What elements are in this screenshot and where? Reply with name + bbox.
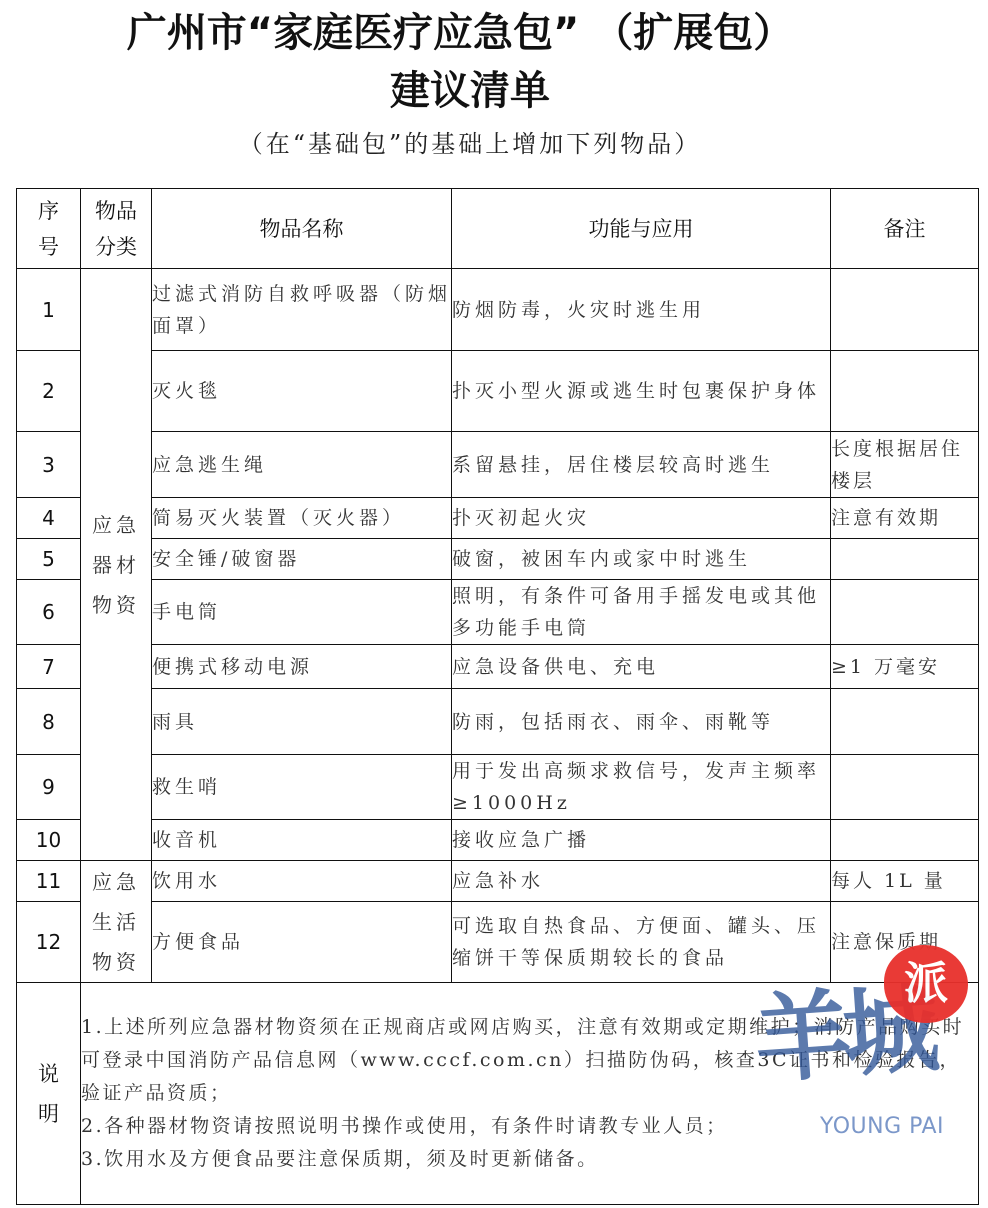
item-function: 应急设备供电、充电 (452, 645, 831, 689)
item-name: 方便食品 (152, 902, 452, 983)
col-header-remark: 备注 (831, 189, 979, 269)
row-seq: 4 (17, 498, 81, 539)
row-seq: 5 (17, 539, 81, 580)
item-remark (831, 755, 979, 820)
row-seq: 2 (17, 351, 81, 432)
col-header-name: 物品名称 (152, 189, 452, 269)
item-remark (831, 351, 979, 432)
col-header-category: 物品分类 (81, 189, 152, 269)
note-item: 2.各种器材物资请按照说明书操作或使用，有条件时请教专业人员； (81, 1110, 978, 1143)
item-function: 应急补水 (452, 861, 831, 902)
item-name: 便携式移动电源 (152, 645, 452, 689)
item-function: 系留悬挂，居住楼层较高时逃生 (452, 432, 831, 498)
item-remark (831, 689, 979, 755)
item-name: 过滤式消防自救呼吸器（防烟面罩） (152, 269, 452, 351)
col-header-seq: 序号 (17, 189, 81, 269)
item-name: 饮用水 (152, 861, 452, 902)
item-function: 防烟防毒，火灾时逃生用 (452, 269, 831, 351)
table-row: 11 应急生活物资 饮用水 应急补水 每人 1L 量 (17, 861, 979, 902)
table-row: 2 灭火毯 扑灭小型火源或逃生时包裹保护身体 (17, 351, 979, 432)
item-function: 破窗，被困车内或家中时逃生 (452, 539, 831, 580)
note-item: 3.饮用水及方便食品要注意保质期，须及时更新储备。 (81, 1143, 978, 1176)
table-row: 7 便携式移动电源 应急设备供电、充电 ≥1 万毫安 (17, 645, 979, 689)
table-header-row: 序号 物品分类 物品名称 功能与应用 备注 (17, 189, 979, 269)
item-name: 救生哨 (152, 755, 452, 820)
row-seq: 6 (17, 580, 81, 645)
item-remark: 长度根据居住楼层 (831, 432, 979, 498)
table-row: 3 应急逃生绳 系留悬挂，居住楼层较高时逃生 长度根据居住楼层 (17, 432, 979, 498)
page-subtitle: （在“基础包”的基础上增加下列物品） (0, 126, 940, 162)
row-seq: 8 (17, 689, 81, 755)
category-cell-living: 应急生活物资 (81, 861, 152, 983)
item-function: 可选取自热食品、方便面、罐头、压缩饼干等保质期较长的食品 (452, 902, 831, 983)
page-title-line2: 建议清单 (0, 66, 940, 116)
item-function: 扑灭小型火源或逃生时包裹保护身体 (452, 351, 831, 432)
item-remark: 注意保质期 (831, 902, 979, 983)
item-remark (831, 539, 979, 580)
category-cell-equipment: 应急器材物资 (81, 269, 152, 861)
table-row: 6 手电筒 照明，有条件可备用手摇发电或其他多功能手电筒 (17, 580, 979, 645)
table-row: 8 雨具 防雨，包括雨衣、雨伞、雨靴等 (17, 689, 979, 755)
item-name: 应急逃生绳 (152, 432, 452, 498)
notes-row: 说明 1.上述所列应急器材物资须在正规商店或网店购买，注意有效期或定期维护；消防… (17, 983, 979, 1205)
item-function: 接收应急广播 (452, 820, 831, 861)
item-remark (831, 269, 979, 351)
item-remark (831, 580, 979, 645)
item-remark (831, 820, 979, 861)
item-name: 简易灭火装置（灭火器） (152, 498, 452, 539)
item-function: 防雨，包括雨衣、雨伞、雨靴等 (452, 689, 831, 755)
notes-label: 说明 (17, 983, 81, 1205)
row-seq: 3 (17, 432, 81, 498)
table-row: 4 简易灭火装置（灭火器） 扑灭初起火灾 注意有效期 (17, 498, 979, 539)
item-name: 雨具 (152, 689, 452, 755)
item-name: 收音机 (152, 820, 452, 861)
item-name: 安全锤/破窗器 (152, 539, 452, 580)
notes-content: 1.上述所列应急器材物资须在正规商店或网店购买，注意有效期或定期维护；消防产品购… (81, 983, 979, 1205)
col-header-function: 功能与应用 (452, 189, 831, 269)
item-function: 照明，有条件可备用手摇发电或其他多功能手电筒 (452, 580, 831, 645)
row-seq: 11 (17, 861, 81, 902)
row-seq: 9 (17, 755, 81, 820)
item-name: 灭火毯 (152, 351, 452, 432)
table-row: 12 方便食品 可选取自热食品、方便面、罐头、压缩饼干等保质期较长的食品 注意保… (17, 902, 979, 983)
item-remark: 每人 1L 量 (831, 861, 979, 902)
item-list-table: 序号 物品分类 物品名称 功能与应用 备注 1 应急器材物资 过滤式消防自救呼吸… (16, 188, 979, 1205)
table-row: 5 安全锤/破窗器 破窗，被困车内或家中时逃生 (17, 539, 979, 580)
row-seq: 10 (17, 820, 81, 861)
item-function: 用于发出高频求救信号，发声主频率≥1000Hz (452, 755, 831, 820)
row-seq: 1 (17, 269, 81, 351)
row-seq: 12 (17, 902, 81, 983)
page-title: 广州市“家庭医疗应急包” （扩展包） (0, 8, 920, 58)
item-function: 扑灭初起火灾 (452, 498, 831, 539)
item-remark: ≥1 万毫安 (831, 645, 979, 689)
table-row: 1 应急器材物资 过滤式消防自救呼吸器（防烟面罩） 防烟防毒，火灾时逃生用 (17, 269, 979, 351)
row-seq: 7 (17, 645, 81, 689)
table-row: 10 收音机 接收应急广播 (17, 820, 979, 861)
note-item: 1.上述所列应急器材物资须在正规商店或网店购买，注意有效期或定期维护；消防产品购… (81, 1011, 978, 1110)
item-remark: 注意有效期 (831, 498, 979, 539)
item-name: 手电筒 (152, 580, 452, 645)
table-row: 9 救生哨 用于发出高频求救信号，发声主频率≥1000Hz (17, 755, 979, 820)
